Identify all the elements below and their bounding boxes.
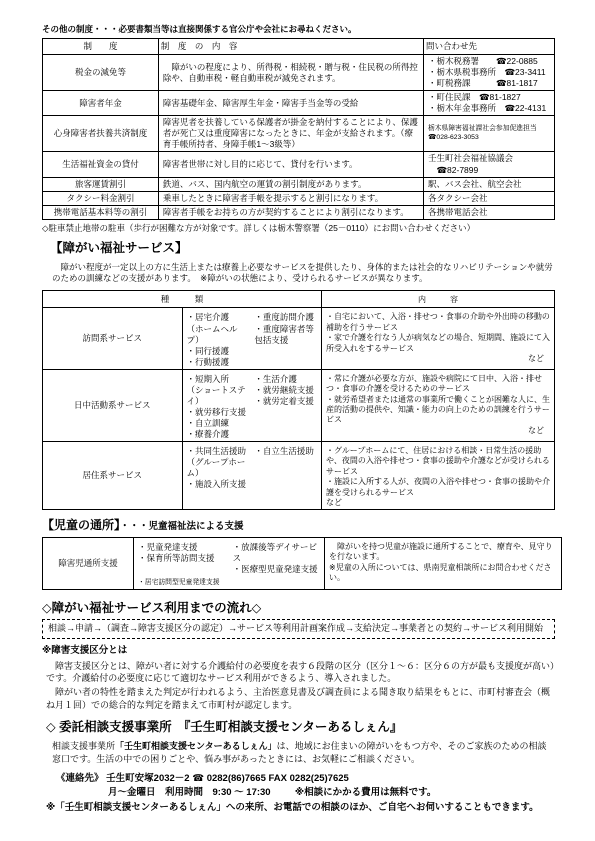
system-contact: ・栃木税務署 ☎22-0885 ・栃木県税事務所 ☎23-3411 ・町税務課 …: [423, 55, 554, 91]
table-row: 訪問系サービス ・居宅介護 （ホームヘルプ） ・同行援護 ・行動援護 ・重度訪問…: [43, 308, 555, 369]
contact-hours-line: 月～金曜日 利用時間 9:30 ～ 17:30 ※相談にかかる費用は無料です。: [108, 786, 555, 800]
system-contact: 駅、バス会社、航空会社: [423, 177, 554, 191]
service-types-small: ・居宅訪問型児童発達支援: [138, 579, 320, 588]
service-content: ・常に介護が必要な方が、施設や病院にて日中、入浴・排せつ・食事の介護を受けるため…: [322, 369, 555, 441]
system-name: 生活福祉資金の貸付: [43, 152, 159, 177]
service-content: 障がいを持つ児童が施設に通所することで、療育や、見守りを行ないます。 ※児童の入…: [325, 537, 562, 589]
contact-line: 《連絡先》 壬生町安塚2032－2 ☎ 0282(86)7665 FAX 028…: [56, 772, 555, 786]
table-row: 障害者年金 障害基礎年金、障害厚生年金・障害手当金等の受給 ・町住民課 ☎81-…: [43, 91, 555, 116]
phone-icon: ☎: [192, 773, 204, 784]
system-name: 携帯電話基本料等の割引: [43, 205, 159, 219]
welfare-services-table: 種 類 内 容 訪問系サービス ・居宅介護 （ホームヘルプ） ・同行援護 ・行動…: [42, 290, 555, 510]
service-content: ・自宅において、入浴・排せつ・食事の介助や外出時の移動の補助を行うサービス ・家…: [322, 308, 555, 369]
contact-hours: 月～金曜日 利用時間 9:30 ～ 17:30: [108, 787, 271, 798]
children-heading-suffix: ・・・児童福祉法による支援: [120, 521, 244, 532]
service-types: ・共同生活援助 （グループホーム） ・施設入所支援 ・自立生活援助: [182, 442, 322, 510]
service-content-text: ・自宅において、入浴・排せつ・食事の介助や外出時の移動の補助を行うサービス ・家…: [326, 312, 550, 354]
table-row: 税金の減免等 障がいの程度により、所得税・相続税・贈与税・住民税の所得控除や、自…: [43, 55, 555, 91]
system-name: 障害者年金: [43, 91, 159, 116]
service-types-right: ・生活介護 ・就労継続支援 ・就労定着支援: [254, 374, 317, 440]
header-system: 制 度: [43, 39, 159, 55]
contact-fax: 0282(25)7625: [290, 773, 349, 784]
service-content-text: 障がいを持つ児童が施設に通所することで、療育や、見守りを行ないます。 ※児童の入…: [329, 542, 557, 584]
children-table: 障害児通所支援 ・児童発達支援 ・保育所等訪問支援 ・放課後等デイサービス ・医…: [42, 537, 562, 590]
welfare-services-heading: 【障がい福祉サービス】: [50, 240, 555, 256]
systems-header-row: 制 度 制 度 の 内 容 問い合わせ先: [43, 39, 555, 55]
service-content: ・グループホームにて、住居における相談・日常生活の援助や、夜間の入浴や排せつ・食…: [322, 442, 555, 510]
header-content: 内 容: [322, 291, 555, 308]
service-types: ・短期入所 （ショートステイ） ・就労移行支援 ・自立訓練 ・療養介護 ・生活介…: [182, 369, 322, 441]
service-category: 訪問系サービス: [43, 308, 183, 369]
service-types-left: ・児童発達支援 ・保育所等訪問支援: [138, 542, 233, 575]
flow-heading: ◇障がい福祉サービス利用までの流れ◇: [42, 600, 555, 616]
contact-free-note: ※相談にかかる費用は無料です。: [295, 787, 436, 798]
table-row: 障害児通所支援 ・児童発達支援 ・保育所等訪問支援 ・放課後等デイサービス ・医…: [43, 537, 562, 589]
consult-heading: ◇ 委託相談支援事業所 『壬生町相談支援センターあるしぇん』: [46, 719, 555, 735]
service-types-left: ・居宅介護 （ホームヘルプ） ・同行援護 ・行動援護: [187, 312, 255, 367]
contact-label: 《連絡先》: [56, 773, 104, 784]
flow-steps-box: 相談→申請→（調査→障害支援区分の認定）→サービス等利用計画案作成→支給決定→事…: [42, 619, 555, 639]
system-description: 乗車したときに障害者手帳を提示すると割引になります。: [158, 191, 423, 205]
kubun-paragraph-2: 障がい者の特性を踏まえた判定が行われるよう、主治医意見書及び調査員による聞き取り…: [46, 686, 555, 710]
service-types-right: ・自立生活援助: [254, 446, 317, 490]
kubun-paragraph-1: 障害支援区分とは、障がい者に対する介護給付の必要度を表す６段階の区分（区分１～６…: [46, 660, 555, 684]
service-types-left: ・共同生活援助 （グループホーム） ・施設入所支援: [187, 446, 255, 490]
system-name: 旅客運賃割引: [43, 177, 159, 191]
contact-address: 壬生町安塚2032－2: [106, 773, 189, 784]
system-contact: 各タクシー会社: [423, 191, 554, 205]
consult-center-name: 「壬生町相談支援センターあるしぇん」: [115, 741, 277, 751]
service-types: ・居宅介護 （ホームヘルプ） ・同行援護 ・行動援護 ・重度訪問介護 ・重度障害…: [182, 308, 322, 369]
service-types-right: ・重度訪問介護 ・重度障害者等包括支援: [254, 312, 317, 367]
visit-note: ※「壬生町相談支援センターあるしぇん」への来所、お電話での相談のほか、ご自宅へお…: [46, 802, 555, 814]
system-description: 障害者手帳をお持ちの方が契約することにより割引になります。: [158, 205, 423, 219]
table-row: 携帯電話基本料等の割引 障害者手帳をお持ちの方が契約することにより割引になります…: [43, 205, 555, 219]
service-content-text: ・常に介護が必要な方が、施設や病院にて日中、入浴・排せつ・食事の介護を受けるため…: [326, 374, 550, 426]
service-category: 日中活動系サービス: [43, 369, 183, 441]
consult-paragraph: 相談支援事業所「壬生町相談支援センターあるしぇん」は、地域にお住まいの障がいをも…: [52, 740, 555, 765]
parking-note: ◇駐車禁止地帯の駐車（歩行が困難な方が対象です。詳しくは栃木警察署（25－011…: [42, 223, 555, 234]
table-row: 旅客運賃割引 鉄道、バス、国内航空の運賃の割引制度があります。 駅、バス会社、航…: [43, 177, 555, 191]
system-contact: 各携帯電話会社: [423, 205, 554, 219]
system-description: 鉄道、バス、国内航空の運賃の割引制度があります。: [158, 177, 423, 191]
table-row: タクシー料金割引 乗車したときに障害者手帳を提示すると割引になります。 各タクシ…: [43, 191, 555, 205]
system-description: 障がいの程度により、所得税・相続税・贈与税・住民税の所得控除や、自動車税・軽自動…: [158, 55, 423, 91]
kubun-heading: ※障害支援区分とは: [42, 645, 555, 657]
service-types-right: ・放課後等デイサービス ・医療型児童発達支援: [233, 542, 320, 575]
service-category: 障害児通所支援: [43, 537, 134, 589]
header-contact: 問い合わせ先: [423, 39, 554, 55]
system-description: 障害者世帯に対し目的に応じて、貸付を行います。: [158, 152, 423, 177]
service-category: 居住系サービス: [43, 442, 183, 510]
system-contact: 栃木県障害福祉課社会参加促進担当 ☎028-623-3053: [423, 116, 554, 152]
children-heading-main: 【児童の通所】: [42, 518, 120, 532]
fax-label: FAX: [269, 773, 287, 784]
header-type: 種 類: [43, 291, 322, 308]
system-name: 心身障害者扶養共済制度: [43, 116, 159, 152]
document-page: その他の制度・・・必要書類当等は直接関係する官公庁や会社にお尋ねください。 制 …: [0, 0, 595, 814]
system-name: 税金の減免等: [43, 55, 159, 91]
system-contact: ・町住民課 ☎81-1827 ・栃木年金事務所 ☎22-4131: [423, 91, 554, 116]
contact-block: 《連絡先》 壬生町安塚2032－2 ☎ 0282(86)7665 FAX 028…: [56, 772, 555, 800]
service-content-etc: など: [326, 354, 550, 364]
table-row: 生活福祉資金の貸付 障害者世帯に対し目的に応じて、貸付を行います。 壬生町社会福…: [43, 152, 555, 177]
children-heading: 【児童の通所】・・・児童福祉法による支援: [42, 518, 555, 534]
welfare-header-row: 種 類 内 容: [43, 291, 555, 308]
service-types: ・児童発達支援 ・保育所等訪問支援 ・放課後等デイサービス ・医療型児童発達支援…: [134, 537, 325, 589]
table-row: 居住系サービス ・共同生活援助 （グループホーム） ・施設入所支援 ・自立生活援…: [43, 442, 555, 510]
contact-phone: 0282(86)7665: [207, 773, 266, 784]
system-contact: 壬生町社会福祉協議会 ☎82-7899: [423, 152, 554, 177]
welfare-services-description: 障がい程度が一定以上の方に生活上または療養上必要なサービスを提供したり、身体的ま…: [52, 262, 553, 284]
service-content-text: ・グループホームにて、住居における相談・日常生活の援助や、夜間の入浴や排せつ・食…: [326, 446, 550, 508]
service-content-etc: など: [326, 426, 550, 436]
consult-para-prefix: 相談支援事業所: [52, 741, 115, 751]
table-row: 心身障害者扶養共済制度 障害児者を扶養している保護者が掛金を納付することにより、…: [43, 116, 555, 152]
table-row: 日中活動系サービス ・短期入所 （ショートステイ） ・就労移行支援 ・自立訓練 …: [43, 369, 555, 441]
system-description: 障害基礎年金、障害厚生年金・障害手当金等の受給: [158, 91, 423, 116]
service-types-left: ・短期入所 （ショートステイ） ・就労移行支援 ・自立訓練 ・療養介護: [187, 374, 255, 440]
systems-table: 制 度 制 度 の 内 容 問い合わせ先 税金の減免等 障がいの程度により、所得…: [42, 38, 555, 220]
intro-note: その他の制度・・・必要書類当等は直接関係する官公庁や会社にお尋ねください。: [42, 24, 555, 35]
system-description: 障害児者を扶養している保護者が掛金を納付することにより、保護者が死亡又は重度障害…: [158, 116, 423, 152]
header-description: 制 度 の 内 容: [158, 39, 423, 55]
system-name: タクシー料金割引: [43, 191, 159, 205]
